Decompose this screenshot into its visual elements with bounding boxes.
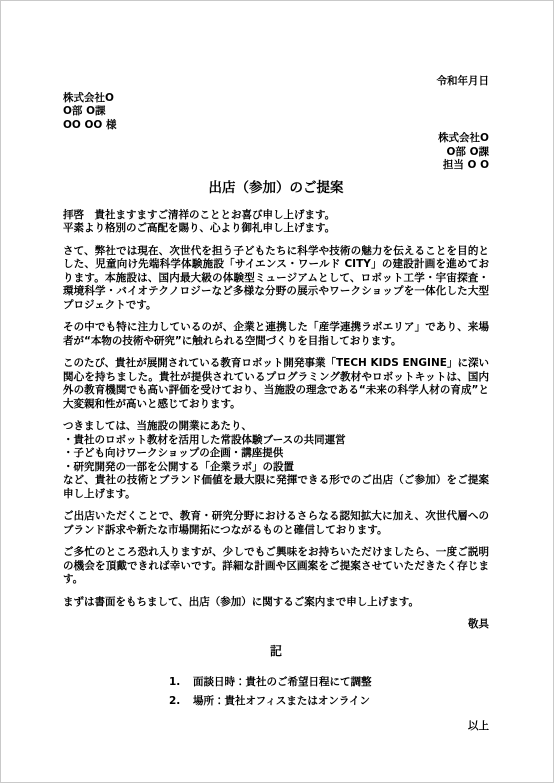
document-title: 出店（参加）のご提案	[63, 180, 489, 196]
document-date: 令和年月日	[63, 75, 489, 89]
paragraph-benefit: ご出店いただくことで、教育・研究分野におけるさらなる認知拡大に加え、次世代層への…	[63, 510, 489, 537]
sender-department: O部 O課	[63, 146, 489, 160]
paragraph-greeting: 拝啓 貴社ますますご清祥のこととお喜び申し上げます。 平素より格別のご高配を賜り…	[63, 209, 489, 236]
sender-block: 株式会社O O部 O課 担当 O O	[63, 132, 489, 173]
paragraph-intro: さて、弊社では現在、次世代を担う子どもたちに科学や技術の魅力を伝えることを目的と…	[63, 245, 489, 313]
record-item: 1. 面談日時：貴社のご希望日程にて調整	[169, 676, 489, 690]
recipient-company: 株式会社O	[63, 92, 489, 106]
paragraph-proposal: つきましては、当施設の開業にあたり、 ・貴社のロボット教材を活用した常設体験ブー…	[63, 420, 489, 501]
paragraph-closing-line: まずは書面をもちまして、出店（参加）に関するご案内まで申し上げます。	[63, 596, 489, 610]
paragraph-interest: このたび、貴社が展開されている教育ロボット開発事業「TECH KIDS ENGI…	[63, 357, 489, 411]
sender-company: 株式会社O	[63, 132, 489, 146]
recipient-person: OO OO 様	[63, 119, 489, 133]
paragraph-focus: その中でも特に注力しているのが、企業と連携した「産学連携ラボエリア」であり、来場…	[63, 321, 489, 348]
document-page: 令和年月日 株式会社O O部 O課 OO OO 様 株式会社O O部 O課 担当…	[0, 0, 554, 783]
recipient-block: 株式会社O O部 O課 OO OO 様	[63, 92, 489, 133]
record-item-text: 面談日時：貴社のご希望日程にて調整	[193, 676, 372, 690]
record-item-number: 1.	[169, 676, 183, 690]
closing-word: 敬具	[63, 618, 489, 632]
record-list: 1. 面談日時：貴社のご希望日程にて調整 2. 場所：貴社オフィスまたはオンライ…	[169, 676, 489, 708]
record-item-text: 場所：貴社オフィスまたはオンライン	[193, 695, 370, 709]
record-item: 2. 場所：貴社オフィスまたはオンライン	[169, 695, 489, 709]
paragraph-request: ご多忙のところ恐れ入りますが、少しでもご興味をお持ちいただけましたら、一度ご説明…	[63, 546, 489, 587]
sender-contact: 担当 O O	[63, 159, 489, 173]
end-mark: 以上	[63, 720, 489, 734]
record-heading: 記	[63, 645, 489, 659]
recipient-department: O部 O課	[63, 105, 489, 119]
record-item-number: 2.	[169, 695, 183, 709]
